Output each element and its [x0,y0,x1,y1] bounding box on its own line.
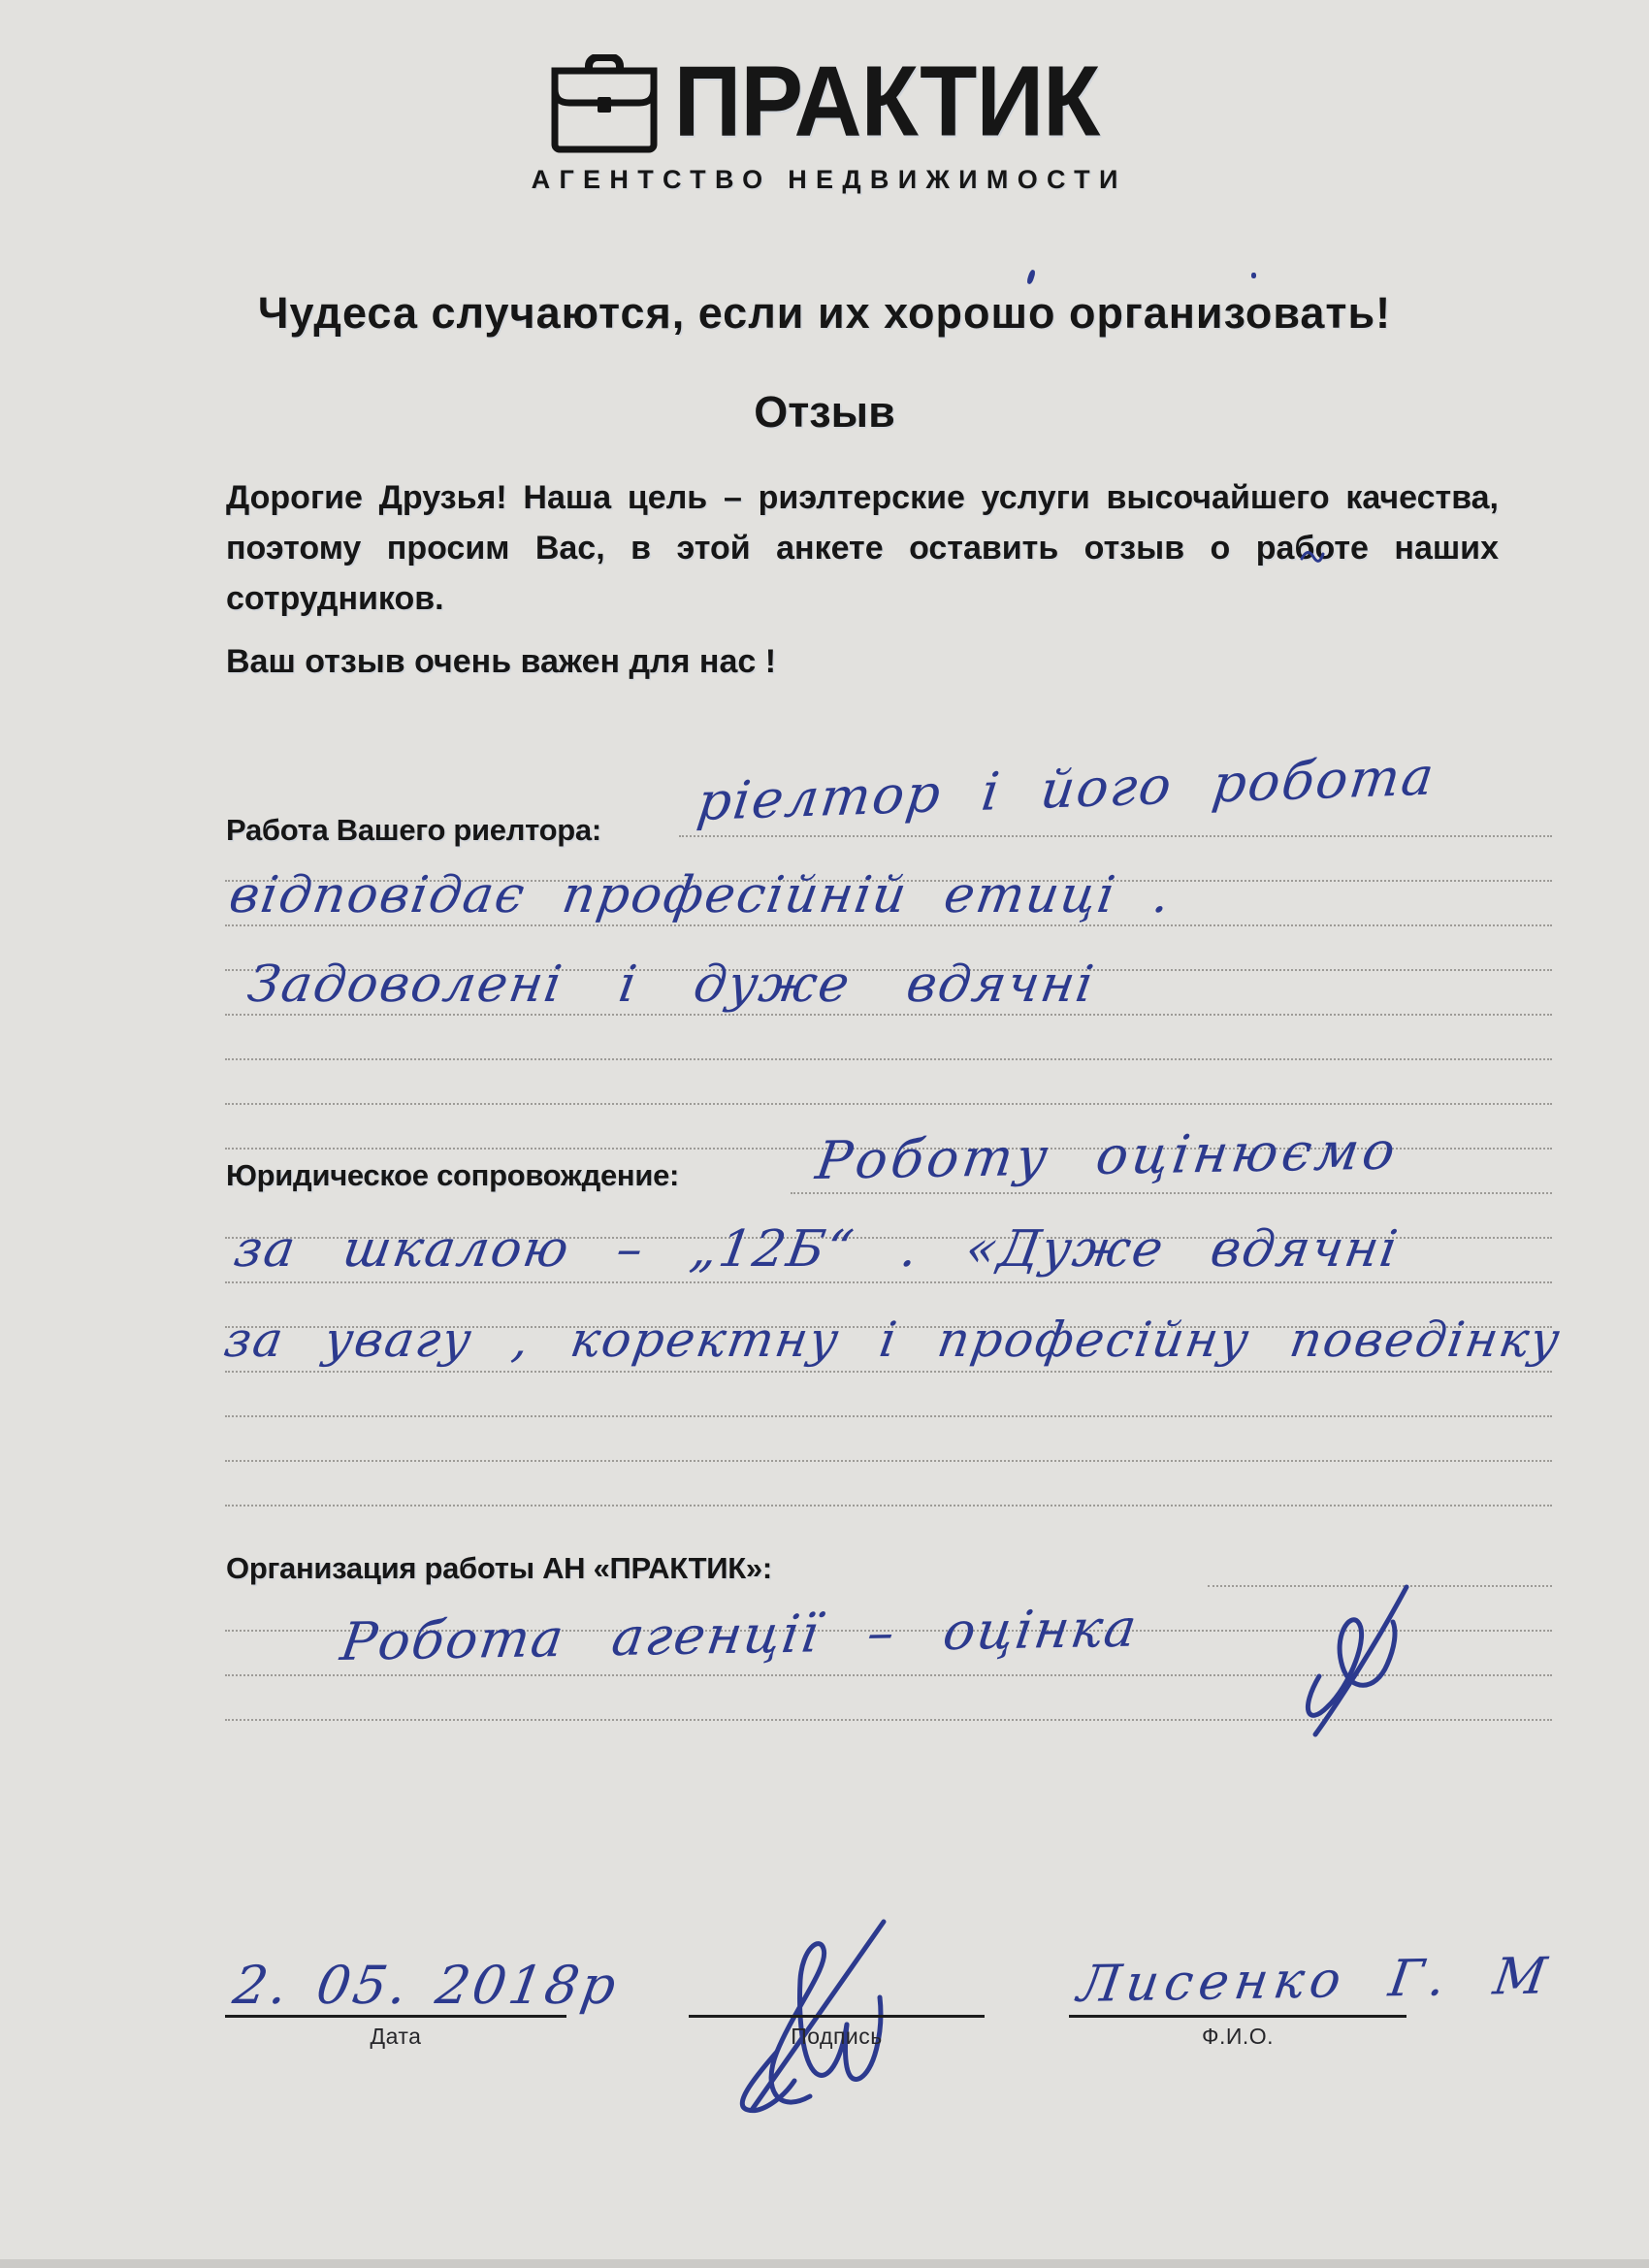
ink-speck [1251,273,1256,278]
handwriting-legal-line-2: за шкалою – „12Б“ . «Дуже вдячні [231,1224,1403,1275]
handwriting-legal-line-1: Роботу оцінюємо [813,1125,1402,1187]
handwriting-realtor-line-3: Задоволені і дуже вдячні [244,959,1098,1010]
handwriting-legal-line-3: за увагу , коректну і професійну поведін… [221,1315,1565,1364]
name-line [1069,2015,1406,2018]
scanned-feedback-form: ПРАКТИК АГЕНТСТВО НЕДВИЖИМОСТИ Чудеса сл… [0,0,1649,2268]
date-line [225,2015,566,2018]
page-title: Отзыв [0,387,1649,437]
ink-speck [1026,269,1036,284]
signature-caption: Подпись [689,2024,985,2050]
date-caption: Дата [225,2024,566,2050]
ink-speck [1300,545,1325,565]
scan-edge [0,2259,1649,2268]
dotted-rule [225,924,1552,926]
name-caption: Ф.И.О. [1069,2024,1406,2050]
signature-line [689,2015,985,2018]
dotted-rule [225,1505,1552,1507]
brand-tagline: АГЕНТСТВО НЕДВИЖИМОСТИ [532,165,1127,195]
dotted-rule [791,1192,1552,1194]
handwriting-realtor-line-1: ріелтор і його робота [695,751,1439,828]
dotted-rule [225,1415,1552,1417]
date-handwriting: 2. 05. 2018р [230,1960,622,2012]
dotted-rule [225,1281,1552,1283]
brand-name: ПРАКТИК [674,54,1100,149]
handwriting-flourish [1261,1583,1455,1738]
slogan: Чудеса случаются, если их хорошо организ… [0,288,1649,339]
dotted-rule [225,1103,1552,1105]
agency-logo: ПРАКТИК АГЕНТСТВО НЕДВИЖИМОСТИ [0,54,1649,195]
field-label-organization: Организация работы АН «ПРАКТИК»: [226,1551,772,1586]
name-handwriting: Лисенко Г. М [1075,1952,1555,2010]
dotted-rule [679,835,1552,837]
field-label-legal: Юридическое сопровождение: [226,1158,679,1193]
dotted-rule [225,1371,1552,1373]
handwriting-realtor-line-2: відповідає професійній етиці . [226,870,1176,921]
handwriting-organization-line-1: Робота агенції – оцінка [338,1603,1142,1669]
dotted-rule [225,1460,1552,1462]
dotted-rule [225,1014,1552,1016]
field-label-realtor: Работа Вашего риелтора: [226,813,601,848]
briefcase-icon [550,54,659,153]
dotted-rule [225,1058,1552,1060]
importance-note: Ваш отзыв очень важен для нас ! [226,643,776,681]
